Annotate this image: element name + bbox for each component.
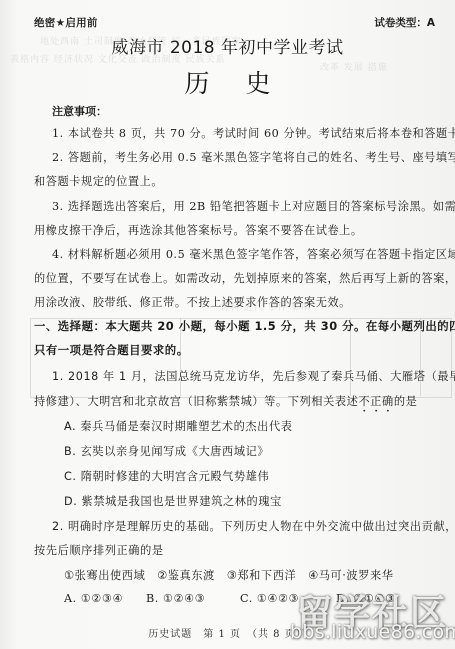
question-1-stem-suffix: 的是 (394, 395, 418, 408)
notice-line: 4. 材料解析题必须用 0.5 毫米黑色签字笔作答，答案必须写在答题卡指定区域内… (52, 246, 455, 262)
question-1-option-a: A. 秦兵马俑是秦汉时期雕塑艺术的杰出代表 (64, 418, 293, 434)
question-2-option-d: D. ②①④③ (336, 592, 396, 605)
notice-line: 2. 答题前，考生务必用 0.5 毫米黑色签字笔将自己的姓名、考生号、座号填写在… (52, 149, 455, 165)
question-1-stem: 1. 2018 年 1 月，法国总统马克龙访华，先后参观了秦兵马俑、大雁塔（最早… (52, 368, 455, 384)
notice-heading: 注意事项： (52, 103, 107, 119)
question-2-stem: 2. 明确时序是理解历史的基础。下列历史人物在中外交流中做出过突出贡献，其活动 (52, 518, 455, 534)
question-2-items: ①张骞出使西域 ②鉴真东渡 ③郑和下西洋 ④马可·波罗来华 (64, 567, 394, 583)
notice-line: 3. 选择题选出答案后，用 2B 铅笔把答题卡上对应题目的答案标号涂黑。如需改动… (52, 198, 455, 214)
question-2-option-b: B. ①②④③ (146, 592, 205, 605)
confidential-label: 绝密★启用前 (34, 15, 98, 30)
question-1-option-c: C. 隋朝时修建的大明宫含元殿气势雄伟 (64, 468, 269, 484)
question-1-stem-prefix: 持修建）、大明宫和北京故宫（旧称紫禁城）等。下列相关表述 (34, 395, 358, 408)
section-heading: 只有一项是符合题目要求的。 (34, 342, 189, 358)
section-heading: 一、选择题：本大题共 20 小题，每小题 1.5 分，共 30 分。在每小题列出… (34, 318, 455, 334)
page-footer: 历史试题 第 1 页 （共 8 页） (0, 625, 455, 640)
question-1-emphasis: 不正确 (358, 395, 393, 408)
notice-line: 1. 本试卷共 8 页，共 70 分。考试时间 60 分钟。考试结束后将本卷和答… (52, 125, 455, 141)
subject-title: 历 史 (0, 64, 455, 100)
notice-line: 用涂改液、胶带纸、修正带。不按上述要求作答的答案无效。 (34, 294, 351, 310)
notice-line: 和答题卡规定的位置上。 (34, 173, 163, 189)
notice-line: 的位置，不要写在试卷上。如需改动，先划掉原来的答案，然后再写上新的答案，不能使 (34, 270, 455, 286)
exam-page: 地处西南 土司制度 改土归流 统一多民族国家 表格内容 经济状况 文化交流 政治… (0, 0, 455, 649)
question-1-option-d: D. 紫禁城是我国也是世界建筑之林的瑰宝 (64, 493, 282, 509)
question-1-option-b: B. 玄奘以亲身见闻写成《大唐西域记》 (64, 443, 269, 459)
question-1-stem: 持修建）、大明宫和北京故宫（旧称紫禁城）等。下列相关表述不正确的是 (34, 393, 417, 415)
question-2-option-a: A. ①②③④ (64, 592, 123, 605)
notice-line: 用橡皮擦干净后，再选涂其他答案标号。答案不要答在试卷上。 (34, 222, 363, 238)
question-2-option-c: C. ①④②③ (240, 592, 299, 605)
question-2-stem: 按先后顺序排列正确的是 (34, 542, 164, 558)
paper-type-label: 试卷类型：A (374, 15, 435, 30)
exam-title: 威海市 2018 年初中学业考试 (0, 33, 455, 58)
